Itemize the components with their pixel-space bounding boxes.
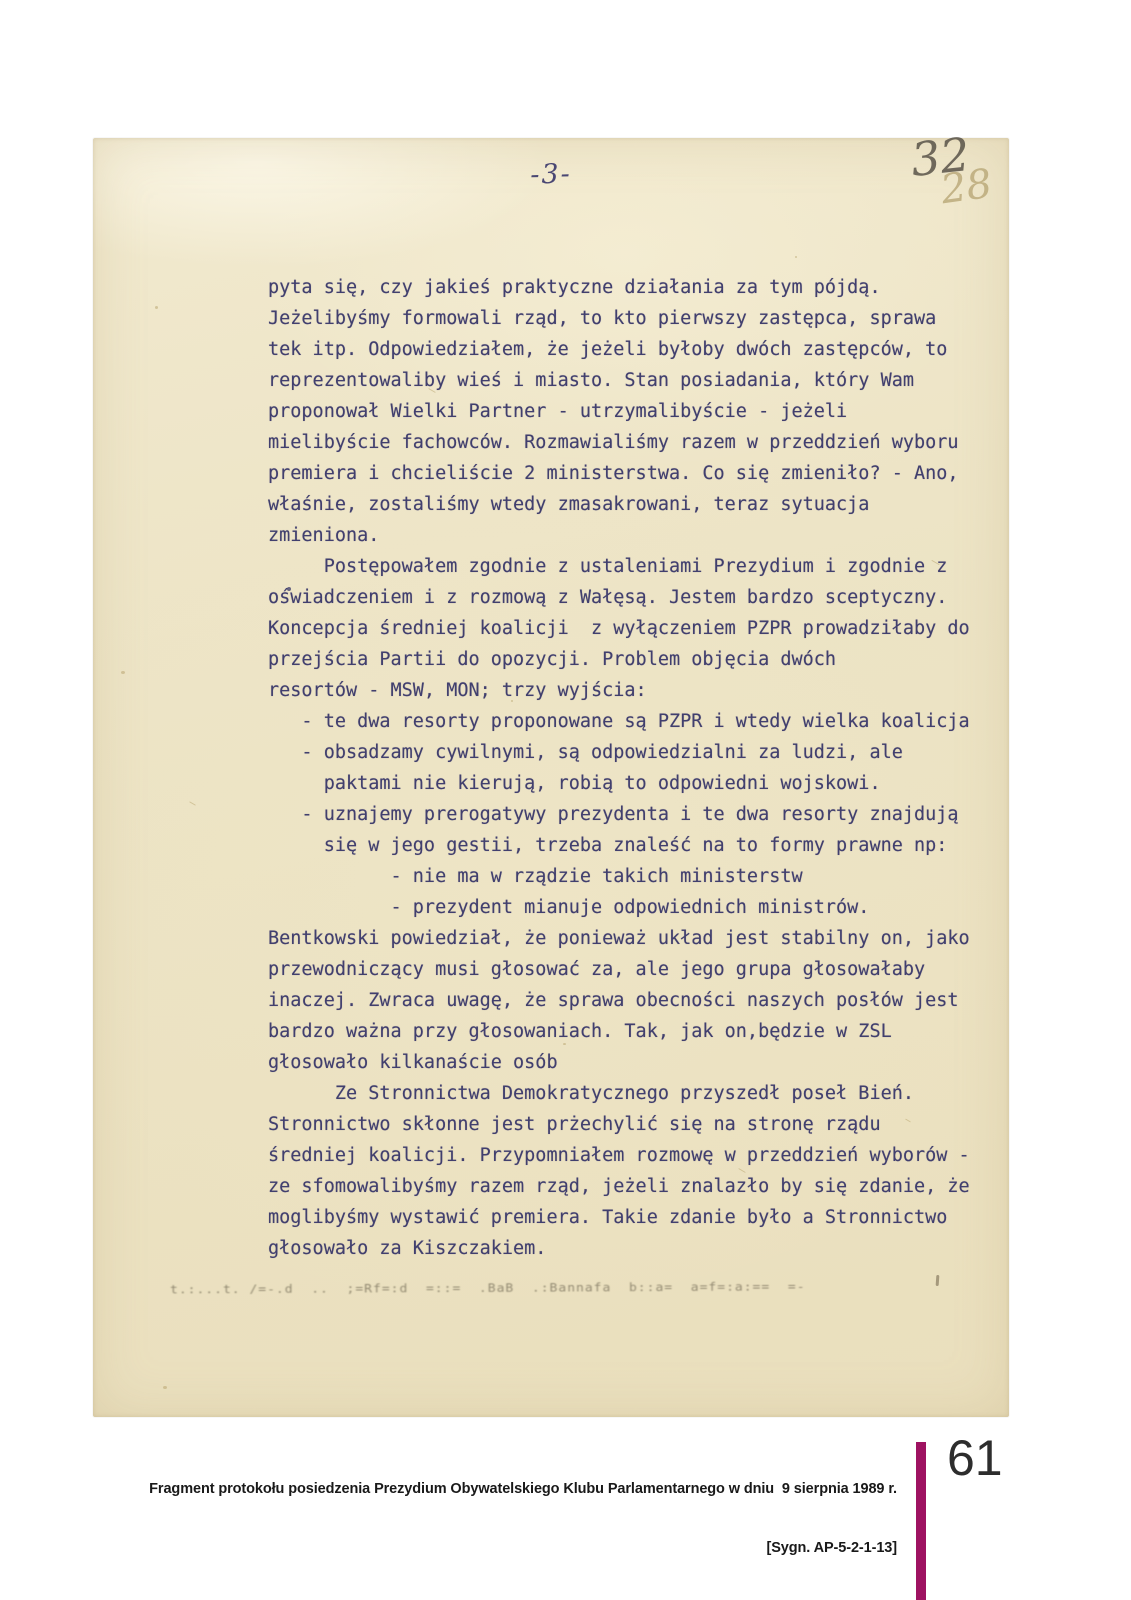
typed-line: oświadczeniem i z rozmową z Wałęsą. Jest… (268, 582, 970, 613)
typed-line: Bentkowski powiedział, że ponieważ układ… (268, 923, 970, 954)
typed-line: Postępowałem zgodnie z ustaleniami Prezy… (268, 551, 970, 582)
typed-line: przewodniczący musi głosować za, ale jeg… (268, 954, 970, 985)
document-scan: -3- 32 28 pyta się, czy jakieś praktyczn… (93, 138, 1009, 1417)
typed-line: zmieniona. (268, 520, 970, 551)
typed-line: Stronnictwo skłonne jest prżechylić się … (268, 1109, 970, 1140)
photo-caption: Fragment protokołu posiedzenia Prezydium… (149, 1441, 897, 1597)
typed-line: głosowało za Kiszczakiem. (268, 1233, 970, 1264)
typed-line: - nie ma w rządzie takich ministerstw (268, 861, 970, 892)
typed-line: resortów - MSW, MON; trzy wyjścia: (268, 675, 970, 706)
typed-line: moglibyśmy wystawić premiera. Takie zdan… (268, 1202, 970, 1233)
handwritten-number-faded: 28 (938, 161, 995, 214)
ink-blot-artifact (936, 1275, 940, 1286)
caption-title: Fragment protokołu posiedzenia Prezydium… (149, 1480, 897, 1500)
typed-line: głosowało kilkanaście osób (268, 1047, 970, 1078)
page-accent-bar (916, 1442, 926, 1600)
typed-line: właśnie, zostaliśmy wtedy zmasakrowani, … (268, 489, 970, 520)
typed-line: tek itp. Odpowiedziałem, że jeżeli byłob… (268, 334, 970, 365)
typed-line: inaczej. Zwraca uwagę, że sprawa obecnoś… (268, 985, 970, 1016)
archive-signature: [Sygn. AP-5-2-1-13] (149, 1539, 897, 1559)
typed-line: premiera i chcieliście 2 ministerstwa. C… (268, 458, 970, 489)
typed-line: pyta się, czy jakieś praktyczne działani… (268, 272, 970, 303)
paper-speck (795, 256, 797, 258)
typed-line: przejścia Partii do opozycji. Problem ob… (268, 644, 970, 675)
paper-speck (511, 700, 513, 702)
paper-speck (563, 1043, 566, 1045)
typed-line: - obsadzamy cywilnymi, są odpowiedzialni… (268, 737, 970, 768)
typed-line: Jeżelibyśmy formowali rząd, to kto pierw… (268, 303, 970, 334)
paper-speck (121, 671, 125, 674)
archive-page: -3- 32 28 pyta się, czy jakieś praktyczn… (0, 0, 1131, 1600)
paper-speck (163, 1386, 167, 1389)
paper-speck (189, 801, 196, 805)
typewritten-text: pyta się, czy jakieś praktyczne działani… (268, 272, 970, 1264)
typed-line: średniej koalicji. Przypomniałem rozmowę… (268, 1140, 970, 1171)
typed-line: paktami nie kierują, robią to odpowiedni… (268, 768, 970, 799)
typed-line: Koncepcja średniej koalicji z wyłączenie… (268, 613, 970, 644)
typed-line: - prezydent mianuje odpowiednich ministr… (268, 892, 970, 923)
typed-line: Ze Stronnictwa Demokratycznego przyszedł… (268, 1078, 970, 1109)
typed-line: bardzo ważna przy głosowaniach. Tak, jak… (268, 1016, 970, 1047)
typed-line: - uznajemy prerogatywy prezydenta i te d… (268, 799, 970, 830)
typed-line: mielibyście fachowców. Rozmawialiśmy raz… (268, 427, 970, 458)
ink-dot-artifact (287, 587, 291, 591)
typed-line: ze sfomowalibyśmy razem rząd, jeżeli zna… (268, 1171, 970, 1202)
book-page-number: 61 (947, 1433, 1003, 1483)
typed-line: reprezentowaliby wieś i miasto. Stan pos… (268, 365, 970, 396)
paper-speck (155, 306, 158, 309)
faded-residual-line: t.:...t. /=-.d .. ;=Rf=:d =::= .BaB .:Ba… (170, 1280, 860, 1297)
page-number-top: -3- (530, 158, 572, 190)
typed-line: - te dwa resorty proponowane są PZPR i w… (268, 706, 970, 737)
typed-line: się w jego gestii, trzeba znaleść na to … (268, 830, 970, 861)
typed-line: proponował Wielki Partner - utrzymalibyś… (268, 396, 970, 427)
